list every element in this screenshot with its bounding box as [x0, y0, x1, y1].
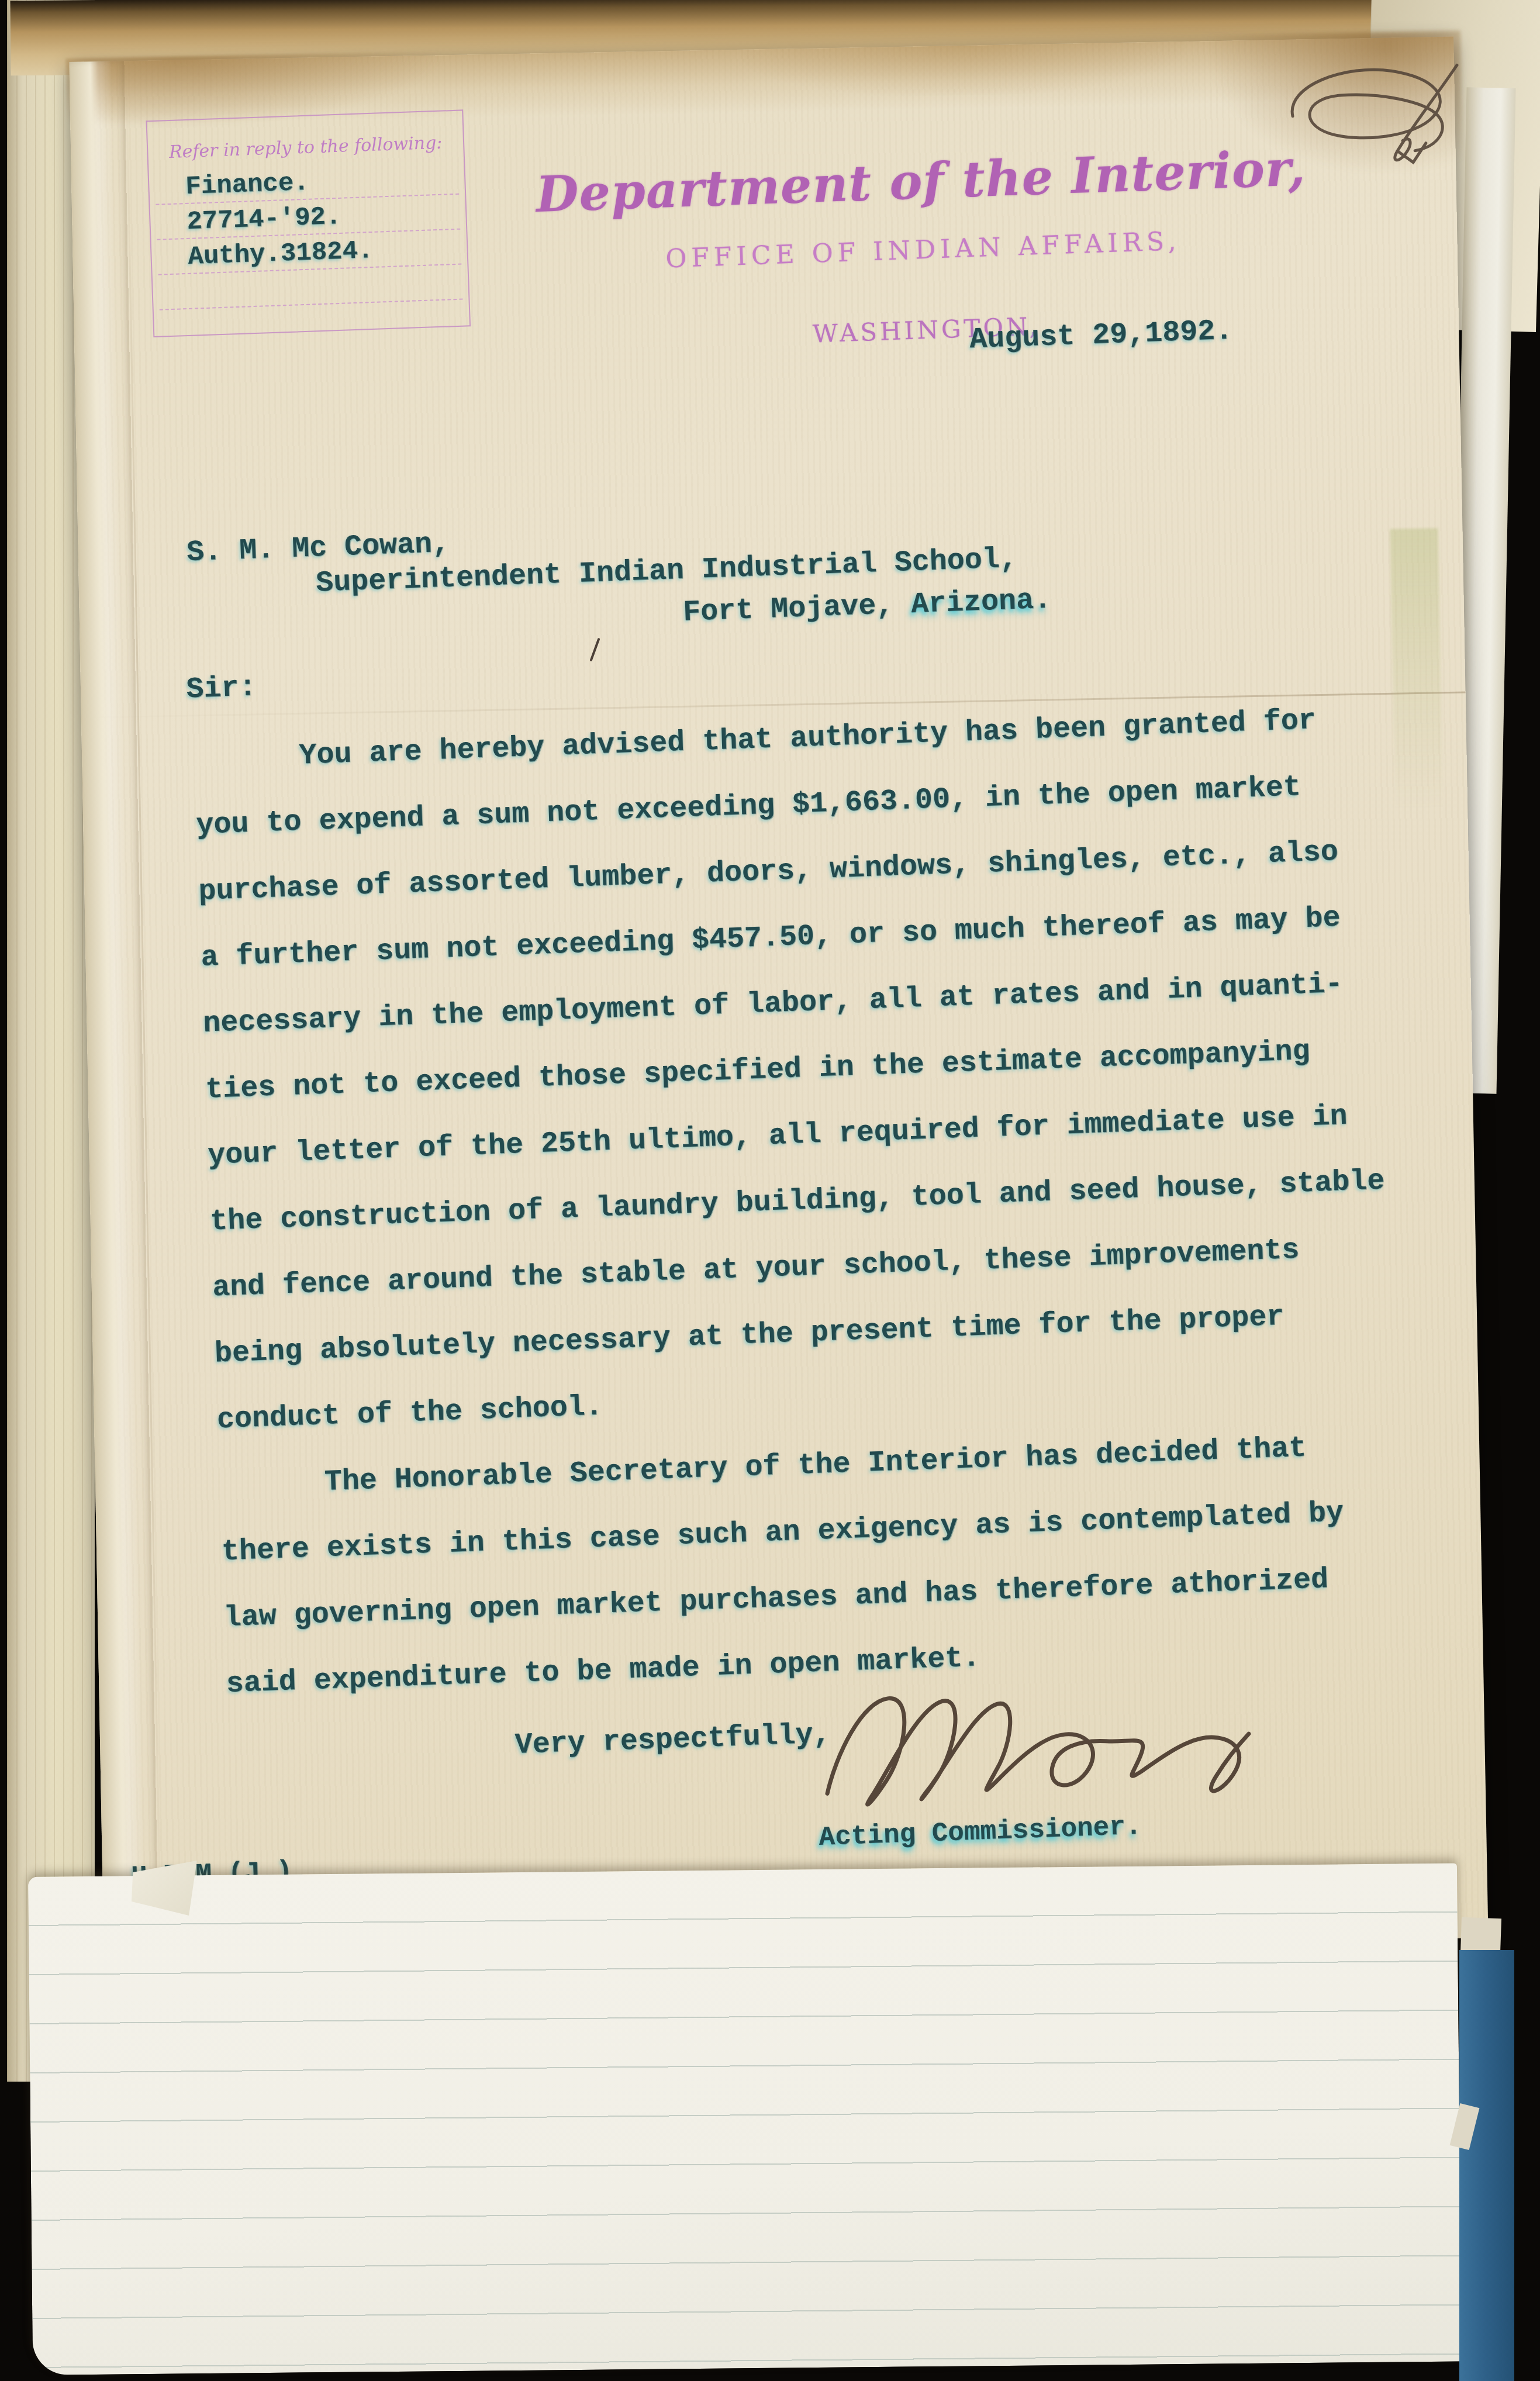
valediction: Very respectfully, [515, 1718, 831, 1762]
letter-content: Refer in reply to the following: Finance… [99, 0, 1521, 1946]
letterhead: Department of the Interior, OFFICE OF IN… [511, 139, 1333, 279]
pen-tick-mark [589, 638, 600, 662]
stamp-line-authority-number: Authy.31824. [188, 236, 374, 272]
salutation: Sir: [185, 671, 257, 706]
stamp-line-finance: Finance. [185, 168, 310, 202]
recipient-location: Fort Mojave, Arizona. [682, 584, 1052, 630]
recipient-location-city: Fort Mojave, [682, 588, 911, 630]
stamp-line-file-number: 27714-'92. [187, 202, 342, 237]
next-page-lined-paper [28, 1864, 1462, 2375]
scanned-letter-page: Refer in reply to the following: Finance… [0, 0, 1540, 2381]
office-subtitle: OFFICE OF INDIAN AFFAIRS, [514, 221, 1333, 279]
blue-document-edge [1459, 1950, 1514, 2381]
recipient-location-state: Arizona. [910, 584, 1052, 622]
letter-body: You are hereby advised that authority ha… [193, 684, 1460, 1717]
stamp-header: Refer in reply to the following: [148, 132, 464, 163]
department-title: Department of the Interior, [511, 139, 1331, 224]
reference-stamp-box: Refer in reply to the following: Finance… [146, 109, 471, 337]
stamp-rows: Finance. 27714-'92. Authy.31824. [154, 160, 462, 310]
